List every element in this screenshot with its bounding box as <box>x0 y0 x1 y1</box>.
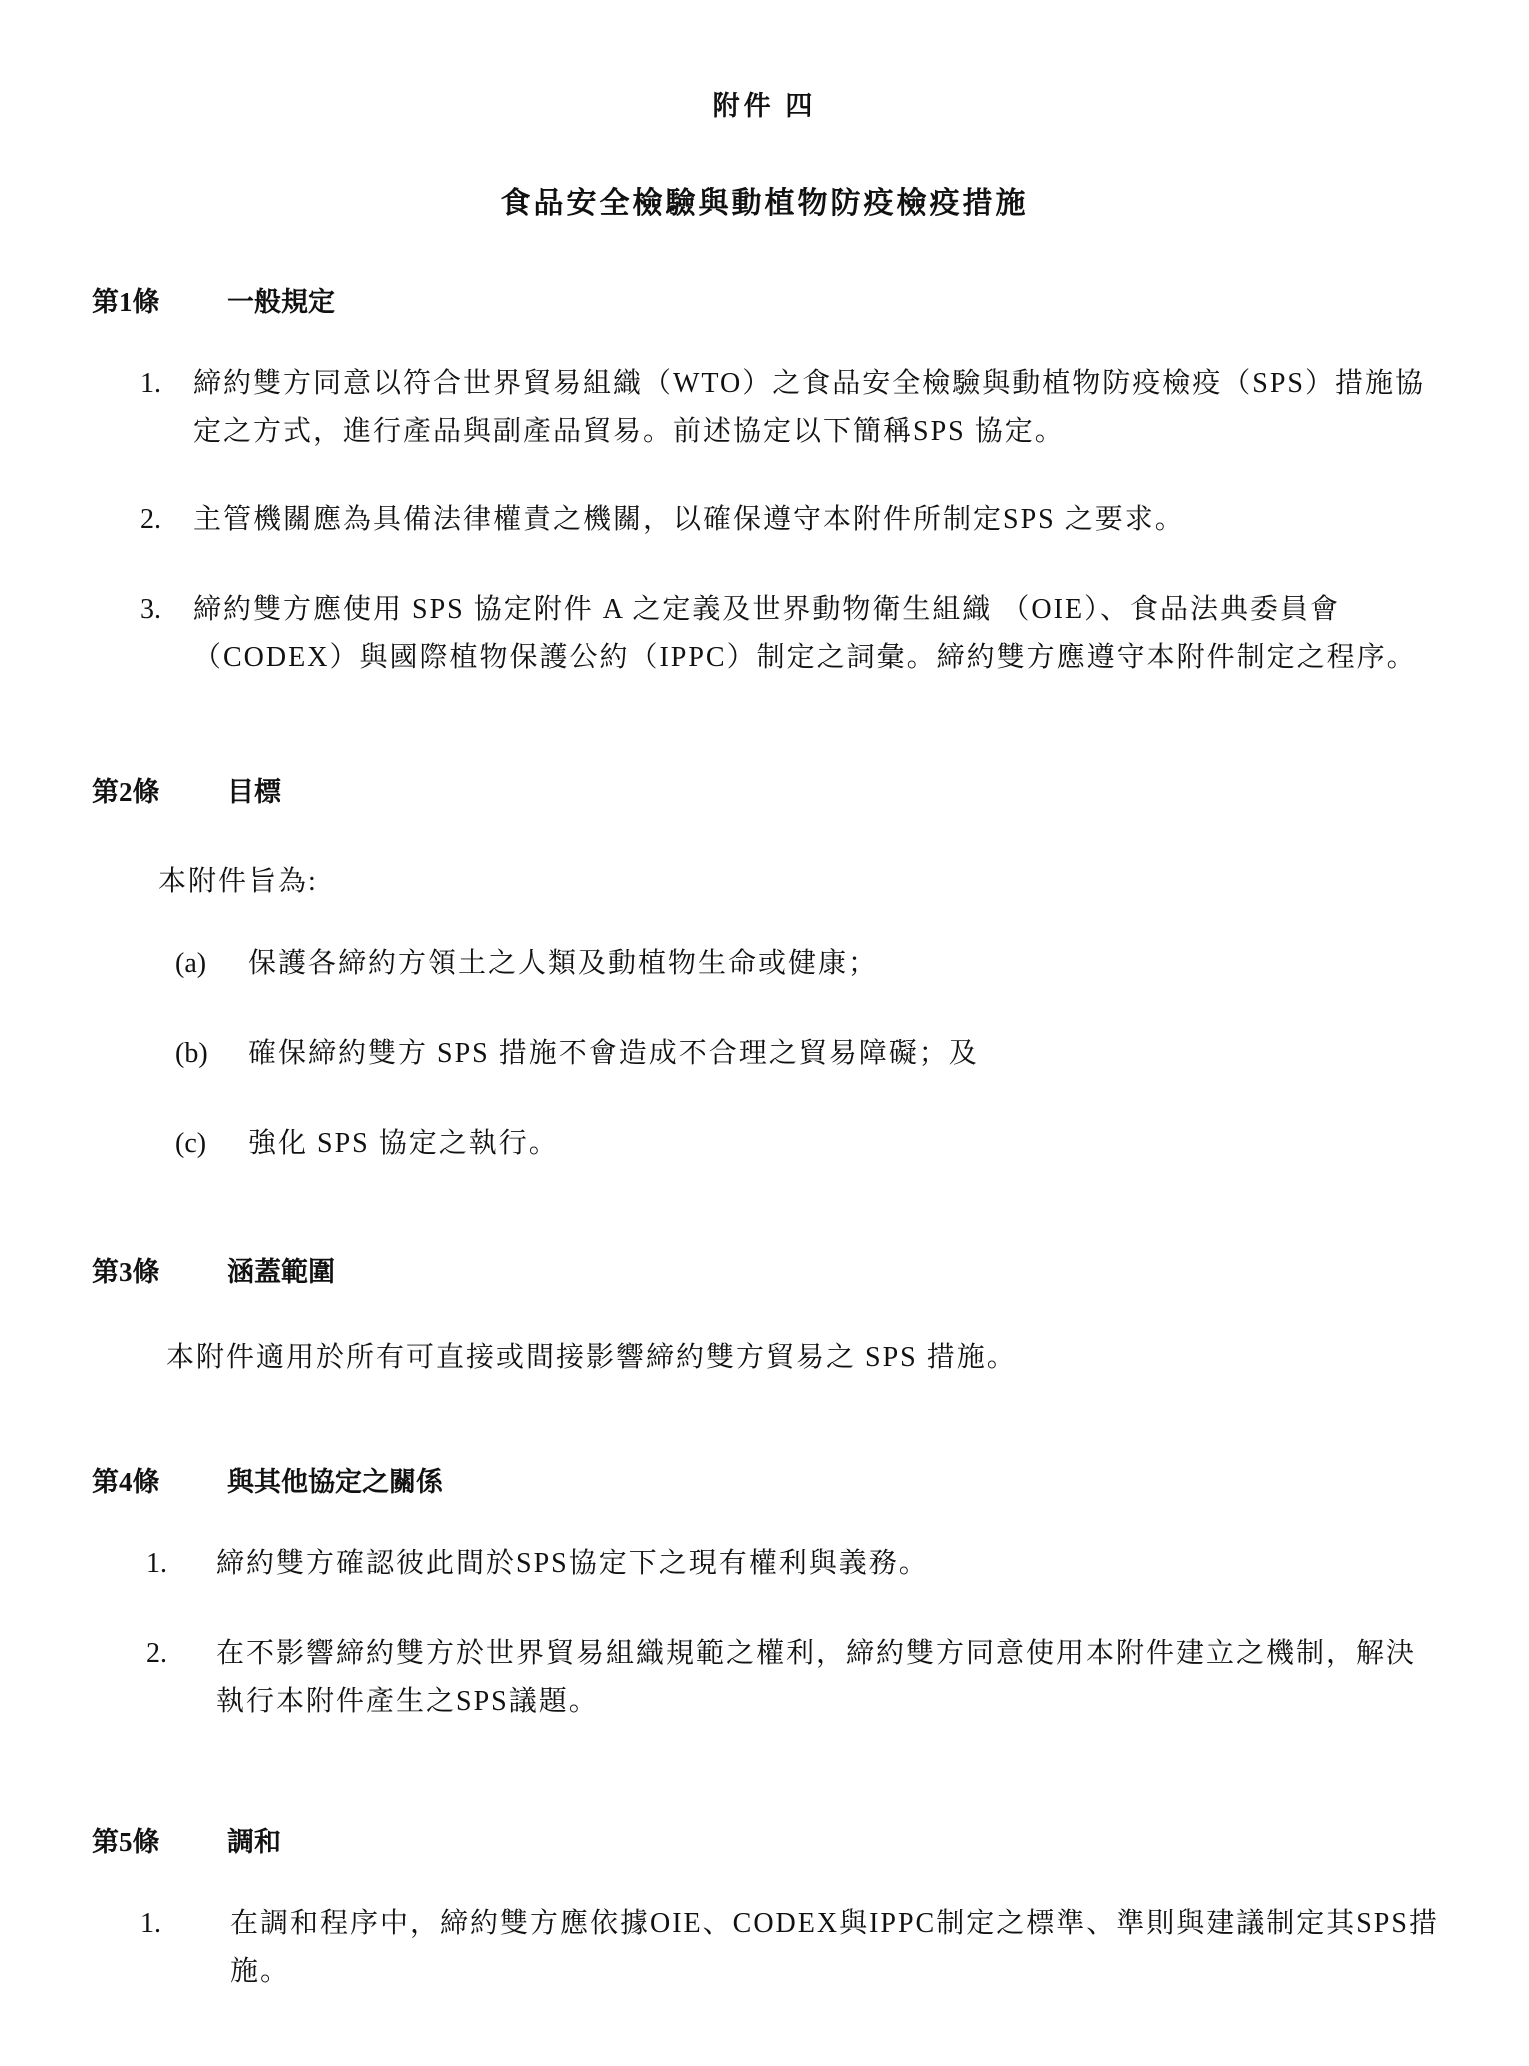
article-2-item-c: (c) 強化 SPS 協定之執行。 <box>175 1120 1375 1168</box>
item-text: 主管機關應為具備法律權責之機關，以確保遵守本附件所制定SPS 之要求。 <box>140 496 1440 544</box>
article-5-heading: 第5條調和 <box>92 1820 281 1859</box>
item-text: 締約雙方同意以符合世界貿易組織（WTO）之食品安全檢驗與動植物防疫檢疫（SPS）… <box>140 360 1440 456</box>
article-4-heading: 第4條與其他協定之關係 <box>92 1460 443 1499</box>
item-number: 1. <box>140 360 161 408</box>
article-number: 第3條 <box>92 1250 227 1289</box>
item-number: 2. <box>140 496 161 544</box>
annex-label: 附件 四 <box>0 84 1529 123</box>
article-title: 涵蓋範圍 <box>227 1257 335 1287</box>
article-title: 與其他協定之關係 <box>227 1467 443 1497</box>
article-1-item-3: 3. 締約雙方應使用 SPS 協定附件 A 之定義及世界動物衛生組織 （OIE）… <box>140 586 1440 682</box>
article-number: 第5條 <box>92 1820 227 1859</box>
item-text: 在不影響締約雙方於世界貿易組織規範之權利，締約雙方同意使用本附件建立之機制，解決… <box>146 1630 1442 1726</box>
article-3-heading: 第3條涵蓋範圍 <box>92 1250 335 1289</box>
article-title: 調和 <box>227 1827 281 1857</box>
article-4-item-2: 2. 在不影響締約雙方於世界貿易組織規範之權利，締約雙方同意使用本附件建立之機制… <box>146 1630 1442 1726</box>
item-number: 1. <box>146 1540 167 1588</box>
item-text: 保護各締約方領土之人類及動植物生命或健康； <box>175 940 1375 988</box>
item-text: 確保締約雙方 SPS 措施不會造成不合理之貿易障礙；及 <box>175 1030 1375 1078</box>
item-number: 2. <box>146 1630 167 1678</box>
item-number: (a) <box>175 940 206 988</box>
article-title: 目標 <box>227 777 281 807</box>
item-number: (c) <box>175 1120 206 1168</box>
document-page: 附件 四 食品安全檢驗與動植物防疫檢疫措施 第1條一般規定 1. 締約雙方同意以… <box>0 0 1529 2066</box>
article-2-heading: 第2條目標 <box>92 770 281 809</box>
article-1-heading: 第1條一般規定 <box>92 280 335 319</box>
article-5-item-1: 1. 在調和程序中，締約雙方應依據OIE、CODEX與IPPC制定之標準、準則與… <box>140 1900 1446 1996</box>
item-text: 在調和程序中，締約雙方應依據OIE、CODEX與IPPC制定之標準、準則與建議制… <box>140 1900 1446 1996</box>
item-text: 強化 SPS 協定之執行。 <box>175 1120 1375 1168</box>
article-number: 第1條 <box>92 280 227 319</box>
item-text: 締約雙方確認彼此間於SPS協定下之現有權利與義務。 <box>146 1540 1446 1588</box>
article-number: 第2條 <box>92 770 227 809</box>
article-number: 第4條 <box>92 1460 227 1499</box>
article-2-item-b: (b) 確保締約雙方 SPS 措施不會造成不合理之貿易障礙；及 <box>175 1030 1375 1078</box>
article-1-item-2: 2. 主管機關應為具備法律權責之機關，以確保遵守本附件所制定SPS 之要求。 <box>140 496 1440 544</box>
article-title: 一般規定 <box>227 287 335 317</box>
document-title: 食品安全檢驗與動植物防疫檢疫措施 <box>0 178 1529 222</box>
item-number: (b) <box>175 1030 208 1078</box>
item-number: 1. <box>140 1900 161 1948</box>
article-2-intro: 本附件旨為: <box>158 858 318 906</box>
article-1-item-1: 1. 締約雙方同意以符合世界貿易組織（WTO）之食品安全檢驗與動植物防疫檢疫（S… <box>140 360 1440 456</box>
item-number: 3. <box>140 586 161 634</box>
article-4-item-1: 1. 締約雙方確認彼此間於SPS協定下之現有權利與義務。 <box>146 1540 1446 1588</box>
article-3-text: 本附件適用於所有可直接或間接影響締約雙方貿易之 SPS 措施。 <box>166 1334 1017 1382</box>
article-2-item-a: (a) 保護各締約方領土之人類及動植物生命或健康； <box>175 940 1375 988</box>
item-text: 締約雙方應使用 SPS 協定附件 A 之定義及世界動物衛生組織 （OIE）、食品… <box>140 586 1440 682</box>
